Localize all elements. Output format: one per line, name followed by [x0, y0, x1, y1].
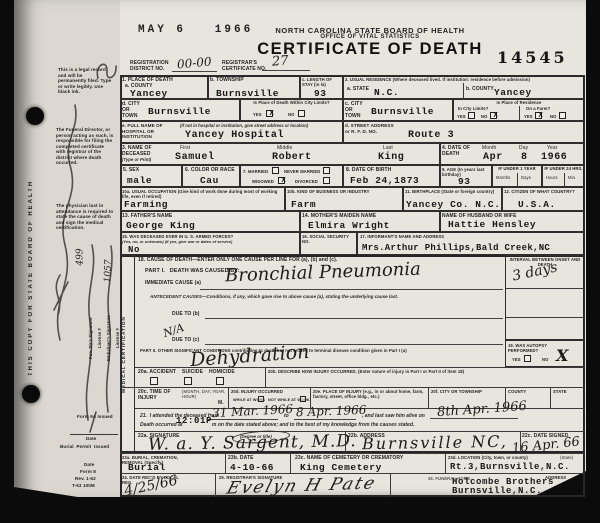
margin-copy-note: THIS COPY FOR STATE BOARD OF HEALTH [28, 105, 38, 450]
margin-form-revision: Rev. 1-62 [75, 476, 96, 482]
death-month-value: Apr [483, 152, 503, 163]
attended-text-2: , and last saw him alive on [362, 413, 425, 419]
burial-location-label: 23d. LOCATION (City, town, or county) [448, 455, 548, 460]
margin-print-code: T-63 100M [72, 483, 95, 489]
divorced-checkbox [323, 177, 330, 184]
death-year-header: Year [547, 145, 558, 151]
margin-legal-note: This is a legal record and will be perma… [58, 67, 112, 95]
not-while-at-work-checkbox [300, 396, 306, 402]
place-of-residence-label: Is Place of Residence [455, 100, 583, 105]
autopsy-yes-label: YES [512, 357, 521, 362]
hospital-name-value: Yancey Hospital [185, 130, 284, 141]
hours-header: Hours [546, 175, 558, 180]
name-of-deceased-label: 3. NAME OF DECEASED [122, 145, 160, 157]
accident-suicide-homicide-label: 20a. ACCIDENT SUICIDE HOMICIDE [138, 369, 235, 375]
cemetery-label: 23c. NAME OF CEMETERY OR CREMATORY [295, 455, 445, 461]
street-address-label: d. STREET ADDRESS or R. F. D. NO. [345, 123, 395, 134]
injury-state-label: STATE [553, 389, 567, 394]
usual-occupation-value: Farming [124, 199, 168, 210]
accident-checkbox [150, 377, 158, 385]
time-of-injury-note: (MONTH, DAY, YEAR, HOUR) [182, 389, 226, 399]
homicide-checkbox [216, 377, 224, 385]
never-married-label: NEVER MARRIED [284, 169, 320, 174]
attended-to-word: to [284, 413, 289, 419]
due-to-b-label: DUE TO (b) [172, 311, 200, 317]
death-day-header: Day [519, 145, 528, 151]
armed-forces-note: (Yes, no, or unknown) (If yes, give war … [122, 240, 298, 245]
divorced-label: DIVORCED [295, 179, 318, 184]
color-or-race-label: 6. COLOR OR RACE [185, 167, 239, 173]
death-time-value: 12:01P [176, 416, 212, 426]
never-married-checkbox [323, 167, 330, 174]
death-county-value: Yancey [130, 88, 168, 99]
death-city-label: d. CITY OR TOWN [122, 101, 144, 119]
street-address-value: Route 3 [408, 130, 454, 141]
death-city-limits-question: Is Place of Death Within City Limits? [242, 100, 341, 105]
informant-value: Mrs.Arthur Phillips,Bald Creek,NC [362, 243, 550, 253]
business-industry-value: Farm [291, 199, 316, 210]
margin-physician-note: The physician last in attendance is requ… [56, 203, 114, 231]
medical-certification-strip-label: MEDICAL CERTIFICATION [122, 285, 133, 425]
hospital-name-label: e. FULL NAME OF HOSPITAL OR INSTITUTION [122, 123, 178, 140]
autopsy-no-label: NO [542, 357, 548, 362]
business-industry-label: 10b. KIND OF BUSINESS OR INDUSTRY [287, 189, 399, 194]
under-one-year-header: IF UNDER 1 YEAR [493, 166, 541, 171]
middle-name-value: Robert [272, 152, 312, 163]
registrar-certificate-label-2: CERTIFICATE NO. [222, 66, 266, 72]
farm-no-checkbox [559, 112, 566, 119]
antecedent-causes-label: ANTECEDENT CAUSES—Conditions, if any, wh… [150, 294, 495, 300]
burial-date-value: 4-10-66 [230, 462, 274, 473]
first-name-header: First [180, 145, 190, 151]
residence-state-value: N.C. [374, 87, 399, 98]
father-name-label: 13. FATHER'S NAME [122, 213, 172, 219]
attended-to-date: 8 Apr. 1966 [296, 403, 367, 419]
length-of-stay-value: 93 [314, 88, 327, 99]
time-of-injury-label: 20c. TIME OF INJURY [138, 389, 188, 401]
date-of-birth-label: 8. DATE OF BIRTH [346, 167, 391, 173]
scan-edge-right [586, 0, 600, 523]
margin-embalmer-signature-label: Embalmer's Signature [106, 298, 114, 378]
in-city-limits-question: In City Limits? [458, 106, 488, 111]
residence-city-value: Burnsville [371, 106, 434, 117]
scan-edge-left [0, 0, 14, 523]
citizen-value: U.S.A. [518, 199, 556, 210]
scan-shadow-wedge-left [14, 487, 84, 498]
death-limits-yes-checkbox: X [266, 110, 273, 117]
widowed-checkbox: X [278, 177, 285, 184]
while-at-work-checkbox [258, 396, 264, 402]
residence-county-value: Yancey [494, 87, 532, 98]
funeral-home-city: Burnsville,N.C. [452, 486, 542, 496]
death-certificate-scan: This is a legal record and will be perma… [0, 0, 600, 523]
injury-occurred-label: 20d. INJURY OCCURRED [231, 389, 307, 394]
sex-value: male [127, 175, 152, 186]
in-city-no-checkbox: X [490, 112, 497, 119]
margin-license-label-1: License # [97, 298, 105, 378]
in-city-yes-checkbox [468, 112, 475, 119]
residence-county-label: b. COUNTY [466, 86, 494, 92]
immediate-cause-label: IMMEDIATE CAUSE (a) [145, 280, 201, 286]
age-value: 93 [458, 176, 471, 187]
birthplace-value: Yancey Co. N.C. [406, 199, 501, 210]
mother-maiden-name-label: 14. MOTHER'S MAIDEN NAME [302, 213, 376, 219]
minutes-header: Min. [568, 175, 576, 180]
under-24-hours-header: IF UNDER 24 HRS. [543, 166, 584, 171]
in-city-yes-label: YES [457, 114, 466, 119]
last-name-header: Last [383, 145, 393, 151]
length-of-stay-label: c. LENGTH OF STAY (in la) [302, 77, 341, 87]
date-of-birth-value: Feb 24,1873 [350, 175, 419, 186]
cemetery-value: King Cemetery [300, 462, 382, 473]
farm-no-label: NO [550, 114, 556, 119]
death-year-value: 1966 [541, 152, 567, 163]
death-day-value: 8 [521, 152, 528, 163]
hospital-name-note: (If not in hospital or institution, give… [180, 123, 338, 128]
margin-date-label-1: Date [86, 436, 96, 442]
received-date-stamp: MAY 6 1966 [138, 24, 253, 36]
usual-residence-label: 2. USUAL RESIDENCE (Where deceased lived… [345, 77, 583, 82]
on-farm-question: On a Farm? [526, 106, 550, 111]
margin-handwritten-number-1: 499 [76, 248, 86, 265]
margin-funeral-director-note: The Funeral Director, or person acting a… [56, 127, 114, 166]
margin-form9a-label: Form 9A Issued [77, 414, 119, 420]
middle-name-header: Middle [277, 145, 292, 151]
birthplace-label: 11. BIRTHPLACE (State or foreign country… [405, 189, 499, 194]
death-month-header: Month [482, 145, 496, 151]
father-name-value: George King [126, 220, 195, 231]
physician-signature-value: W. a. Y. Sargent, M.D. [148, 431, 357, 455]
margin-form-number: Form 8 [80, 469, 96, 475]
first-name-value: Samuel [175, 152, 215, 163]
burial-type-value: Burial [128, 462, 166, 473]
death-limits-no-label: NO [288, 112, 294, 117]
married-label: 7. MARRIED [243, 169, 268, 174]
injury-county-label: COUNTY [508, 389, 526, 394]
days-header: Days [521, 175, 531, 180]
usual-occupation-label: 10a. USUAL OCCUPATION (Give kind of work… [122, 189, 282, 199]
married-checkbox [272, 167, 279, 174]
death-city-value: Burnsville [148, 106, 211, 117]
death-occurred-text-2: m on the date stated above; and to the b… [212, 422, 522, 428]
farm-yes-checkbox: X [535, 112, 542, 119]
township-label: b. TOWNSHIP [210, 77, 244, 83]
residence-state-label: a. STATE [347, 86, 369, 92]
margin-burial-permit-label: Burial Permit Issued [60, 444, 122, 450]
autopsy-no-handwritten-mark: X [556, 346, 568, 365]
sex-label: 5. SEX [123, 167, 139, 173]
spouse-name-value: Hattie Hensley [448, 219, 536, 230]
citizen-label: 12. CITIZEN OF WHAT COUNTRY? [504, 189, 583, 194]
place-of-injury-label: 20e. PLACE OF INJURY (e.g., in or about … [313, 389, 425, 399]
mother-maiden-name-value: Elmira Wright [308, 220, 390, 231]
widowed-label: WIDOWED [252, 179, 274, 184]
months-header: Months [496, 175, 510, 180]
type-or-print-note: (Type or Print) [122, 157, 151, 162]
death-limits-yes-label: YES [253, 112, 262, 117]
autopsy-yes-checkbox [524, 355, 531, 362]
death-limits-no-checkbox [298, 110, 305, 117]
describe-injury-label: 20b. DESCRIBE HOW INJURY OCCURRED. (Ente… [268, 369, 580, 374]
physician-address-value: Burnsville NC, [362, 432, 508, 454]
burial-location-state-note: (State) [560, 455, 573, 460]
scan-edge-bottom [0, 497, 600, 523]
registrar-certificate-value: 27 [271, 53, 289, 69]
margin-handwritten-number-2: 1057 [103, 259, 114, 282]
suicide-checkbox [184, 377, 192, 385]
color-or-race-value: Cau [200, 175, 219, 186]
date-of-death-label: 4. DATE OF DEATH [442, 145, 476, 157]
registration-district-label-2: DISTRICT NO. [130, 66, 165, 72]
certificate-serial-number: 14545 [497, 48, 568, 67]
due-to-c-label: DUE TO (c) [172, 337, 199, 343]
injury-city-township-label: 20f. CITY OR TOWNSHIP [431, 389, 501, 394]
burial-date-label: 23b. DATE [228, 455, 254, 461]
residence-city-label: c. CITY OR TOWN [345, 101, 367, 119]
farm-yes-label: YES [524, 114, 533, 119]
margin-funeral-director-signature-label: Fun. Dir's Signature [88, 298, 96, 378]
township-value: Burnsville [216, 88, 279, 99]
registration-district-value: 00-00 [176, 55, 212, 72]
margin-date-label-2: Date [84, 462, 94, 468]
social-security-label: 16. SOCIAL SECURITY NO. [302, 234, 355, 244]
last-name-value: King [378, 152, 404, 163]
armed-forces-value: No [128, 245, 140, 255]
informant-label: 17. INFORMANT'S NAME AND ADDRESS [360, 234, 560, 239]
burial-location-value: Rt.3,Burnsville,N.C. [450, 462, 570, 472]
in-city-no-label: NO [481, 114, 487, 119]
